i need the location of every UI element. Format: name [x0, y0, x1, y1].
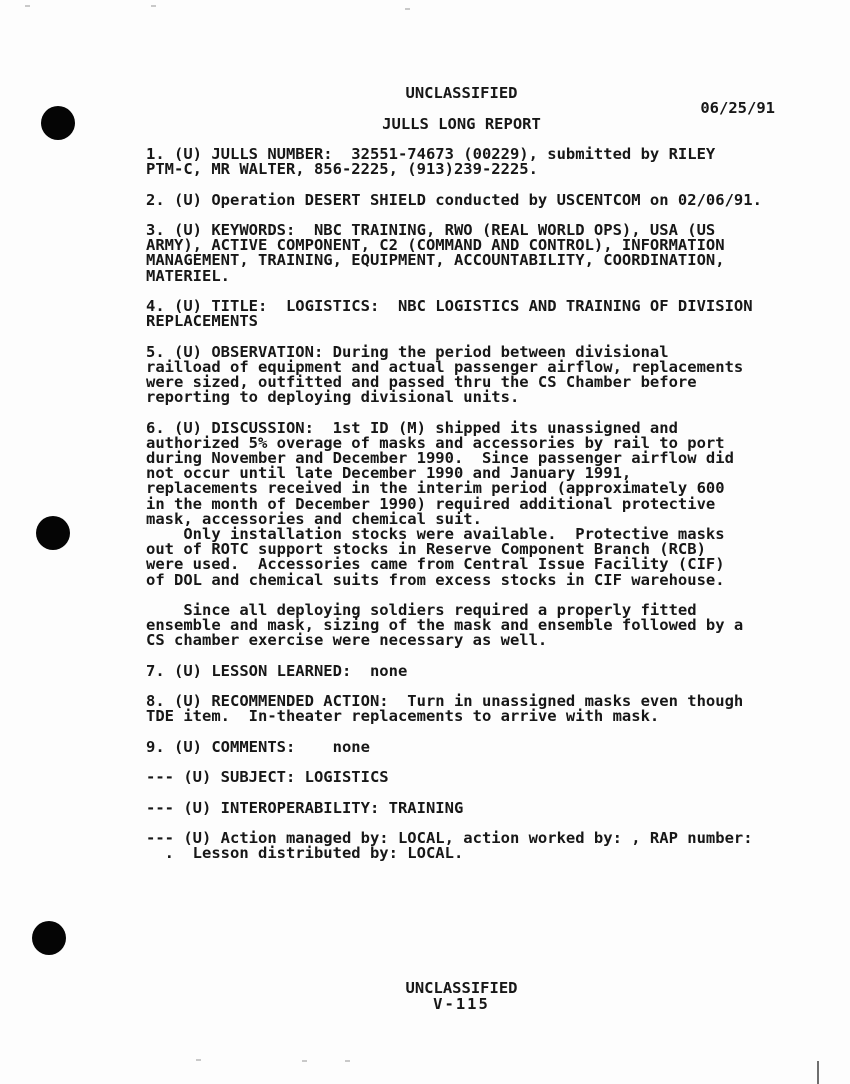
hole-punch-bottom [32, 921, 66, 955]
scan-edge-line [817, 1061, 819, 1084]
paragraph-discussion-continued: Since all deploying soldiers required a … [146, 603, 806, 649]
paragraph-action-managed: --- (U) Action managed by: LOCAL, action… [146, 831, 806, 861]
paragraph-discussion: 6. (U) DISCUSSION: 1st ID (M) shipped it… [146, 421, 806, 588]
scan-artifact [196, 1059, 201, 1061]
paragraph-keywords: 3. (U) KEYWORDS: NBC TRAINING, RWO (REAL… [146, 223, 806, 284]
paragraph-observation: 5. (U) OBSERVATION: During the period be… [146, 345, 806, 406]
hole-punch-top [41, 106, 75, 140]
paragraph-operation: 2. (U) Operation DESERT SHIELD conducted… [146, 193, 806, 208]
paragraph-interoperability: --- (U) INTEROPERABILITY: TRAINING [146, 801, 806, 816]
scan-artifact [405, 8, 410, 10]
scan-artifact [25, 5, 30, 7]
paragraph-title: 4. (U) TITLE: LOGISTICS: NBC LOGISTICS A… [146, 299, 806, 329]
report-title: JULLS LONG REPORT [148, 115, 775, 133]
paragraph-recommended-action: 8. (U) RECOMMENDED ACTION: Turn in unass… [146, 694, 806, 724]
document-page: UNCLASSIFIED 06/25/91 JULLS LONG REPORT … [0, 0, 850, 1084]
paragraph-lesson-learned: 7. (U) LESSON LEARNED: none [146, 664, 806, 679]
paragraph-subject: --- (U) SUBJECT: LOGISTICS [146, 770, 806, 785]
scan-artifact [151, 5, 156, 7]
paragraph-comments: 9. (U) COMMENTS: none [146, 740, 806, 755]
scan-artifact [302, 1060, 307, 1062]
footer-page-number: V-115 [148, 995, 775, 1013]
header-classification: UNCLASSIFIED [148, 84, 775, 102]
report-body: 1. (U) JULLS NUMBER: 32551-74673 (00229)… [146, 147, 806, 877]
scan-artifact [345, 1060, 350, 1062]
paragraph-julls-number: 1. (U) JULLS NUMBER: 32551-74673 (00229)… [146, 147, 806, 177]
hole-punch-middle [36, 516, 70, 550]
